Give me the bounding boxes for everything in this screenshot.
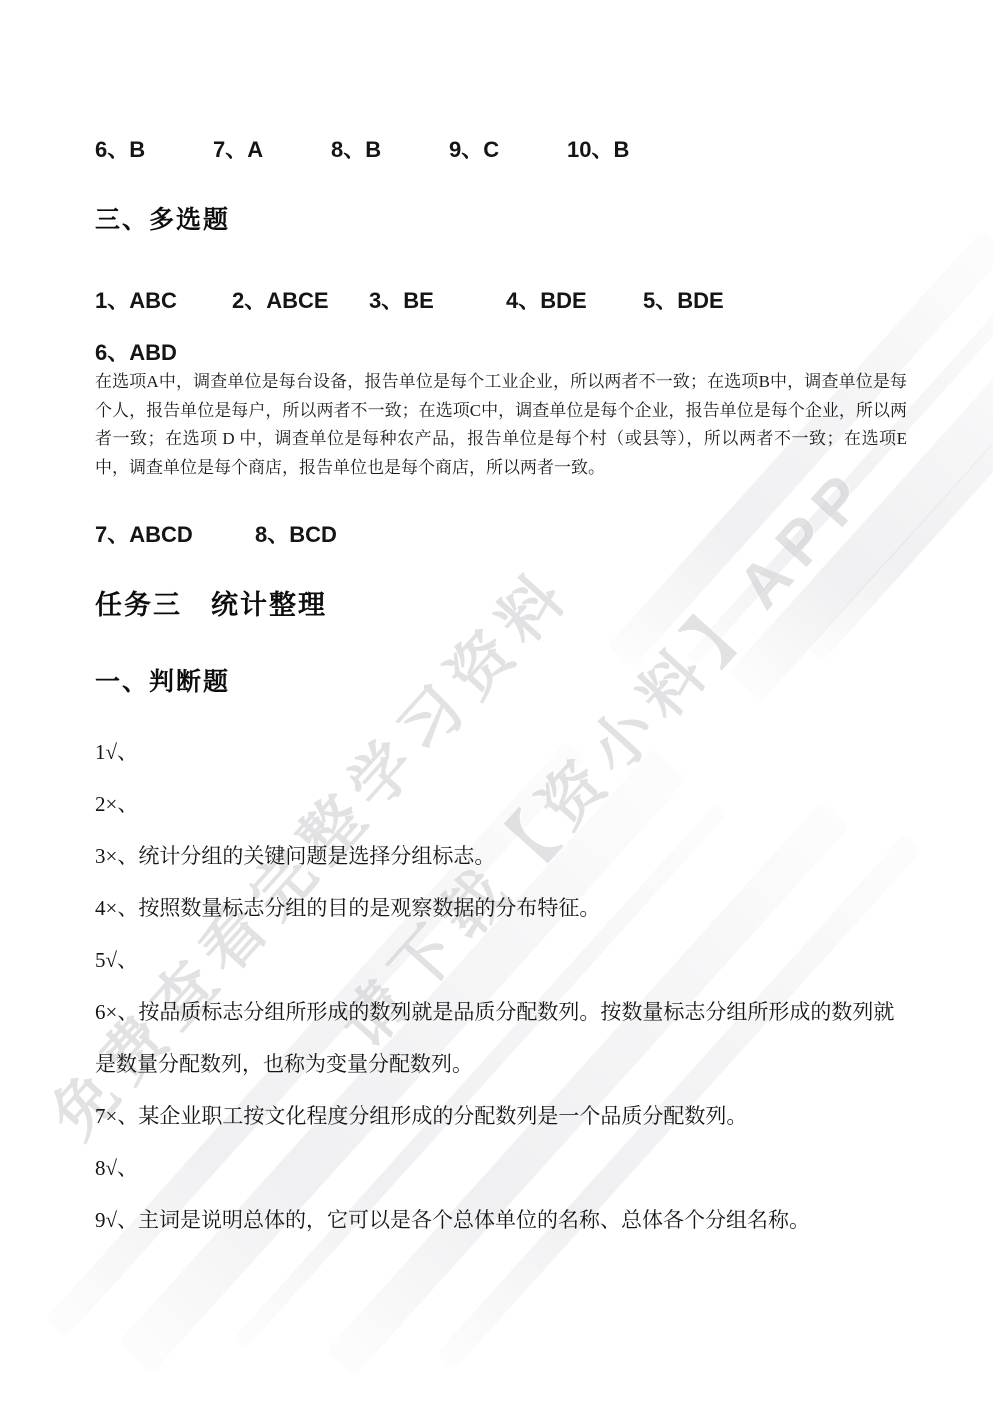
answer-item-6: 6、ABD [95, 336, 177, 367]
answer-item: 7、A [213, 133, 331, 164]
answers-row-7-8: 7、ABCD 8、BCD [95, 518, 415, 549]
answer-item: 2、ABCE [232, 284, 369, 315]
answer-item: 7、ABCD [95, 518, 255, 549]
judgment-list: 1√、 2×、 3×、统计分组的关键问题是选择分组标志。 4×、按照数量标志分组… [95, 726, 913, 1246]
judgment-item: 8√、 [95, 1142, 913, 1194]
section-heading-judgment: 一、判断题 [95, 662, 230, 698]
judgment-item: 5√、 [95, 934, 913, 986]
answers-row-6-10: 6、B 7、A 8、B 9、C 10、B [95, 133, 685, 164]
explanation-paragraph: 在选项A中，调查单位是每台设备，报告单位是每个工业企业，所以两者不一致；在选项B… [95, 368, 907, 482]
answer-key-content: 6、B 7、A 8、B 9、C 10、B 三、多选题 1、ABC 2、ABCE … [0, 0, 993, 1404]
judgment-item: 6×、按品质标志分组所形成的数列就是品质分配数列。按数量标志分组所形成的数列就是… [95, 986, 913, 1090]
answer-item: 10、B [567, 133, 685, 164]
judgment-item: 1√、 [95, 726, 913, 778]
judgment-item: 3×、统计分组的关键问题是选择分组标志。 [95, 830, 913, 882]
answers-row-1-5: 1、ABC 2、ABCE 3、BE 4、BDE 5、BDE [95, 284, 780, 315]
task-heading: 任务三 统计整理 [95, 583, 327, 622]
answer-item: 1、ABC [95, 284, 232, 315]
answer-item: 8、BCD [255, 518, 415, 549]
document-page: 免费查看完整学习资料 请下载【资小料】APP 6、B 7、A 8、B 9、C 1… [0, 0, 993, 1404]
answer-item: 4、BDE [506, 284, 643, 315]
answer-item: 5、BDE [643, 284, 780, 315]
judgment-item: 4×、按照数量标志分组的目的是观察数据的分布特征。 [95, 882, 913, 934]
answer-item: 8、B [331, 133, 449, 164]
answer-item: 9、C [449, 133, 567, 164]
judgment-item: 2×、 [95, 778, 913, 830]
judgment-item: 7×、某企业职工按文化程度分组形成的分配数列是一个品质分配数列。 [95, 1090, 913, 1142]
answer-item: 6、B [95, 133, 213, 164]
judgment-item: 9√、主词是说明总体的，它可以是各个总体单位的名称、总体各个分组名称。 [95, 1194, 913, 1246]
answer-item: 3、BE [369, 284, 506, 315]
section-heading-multiple-choice: 三、多选题 [95, 200, 230, 236]
